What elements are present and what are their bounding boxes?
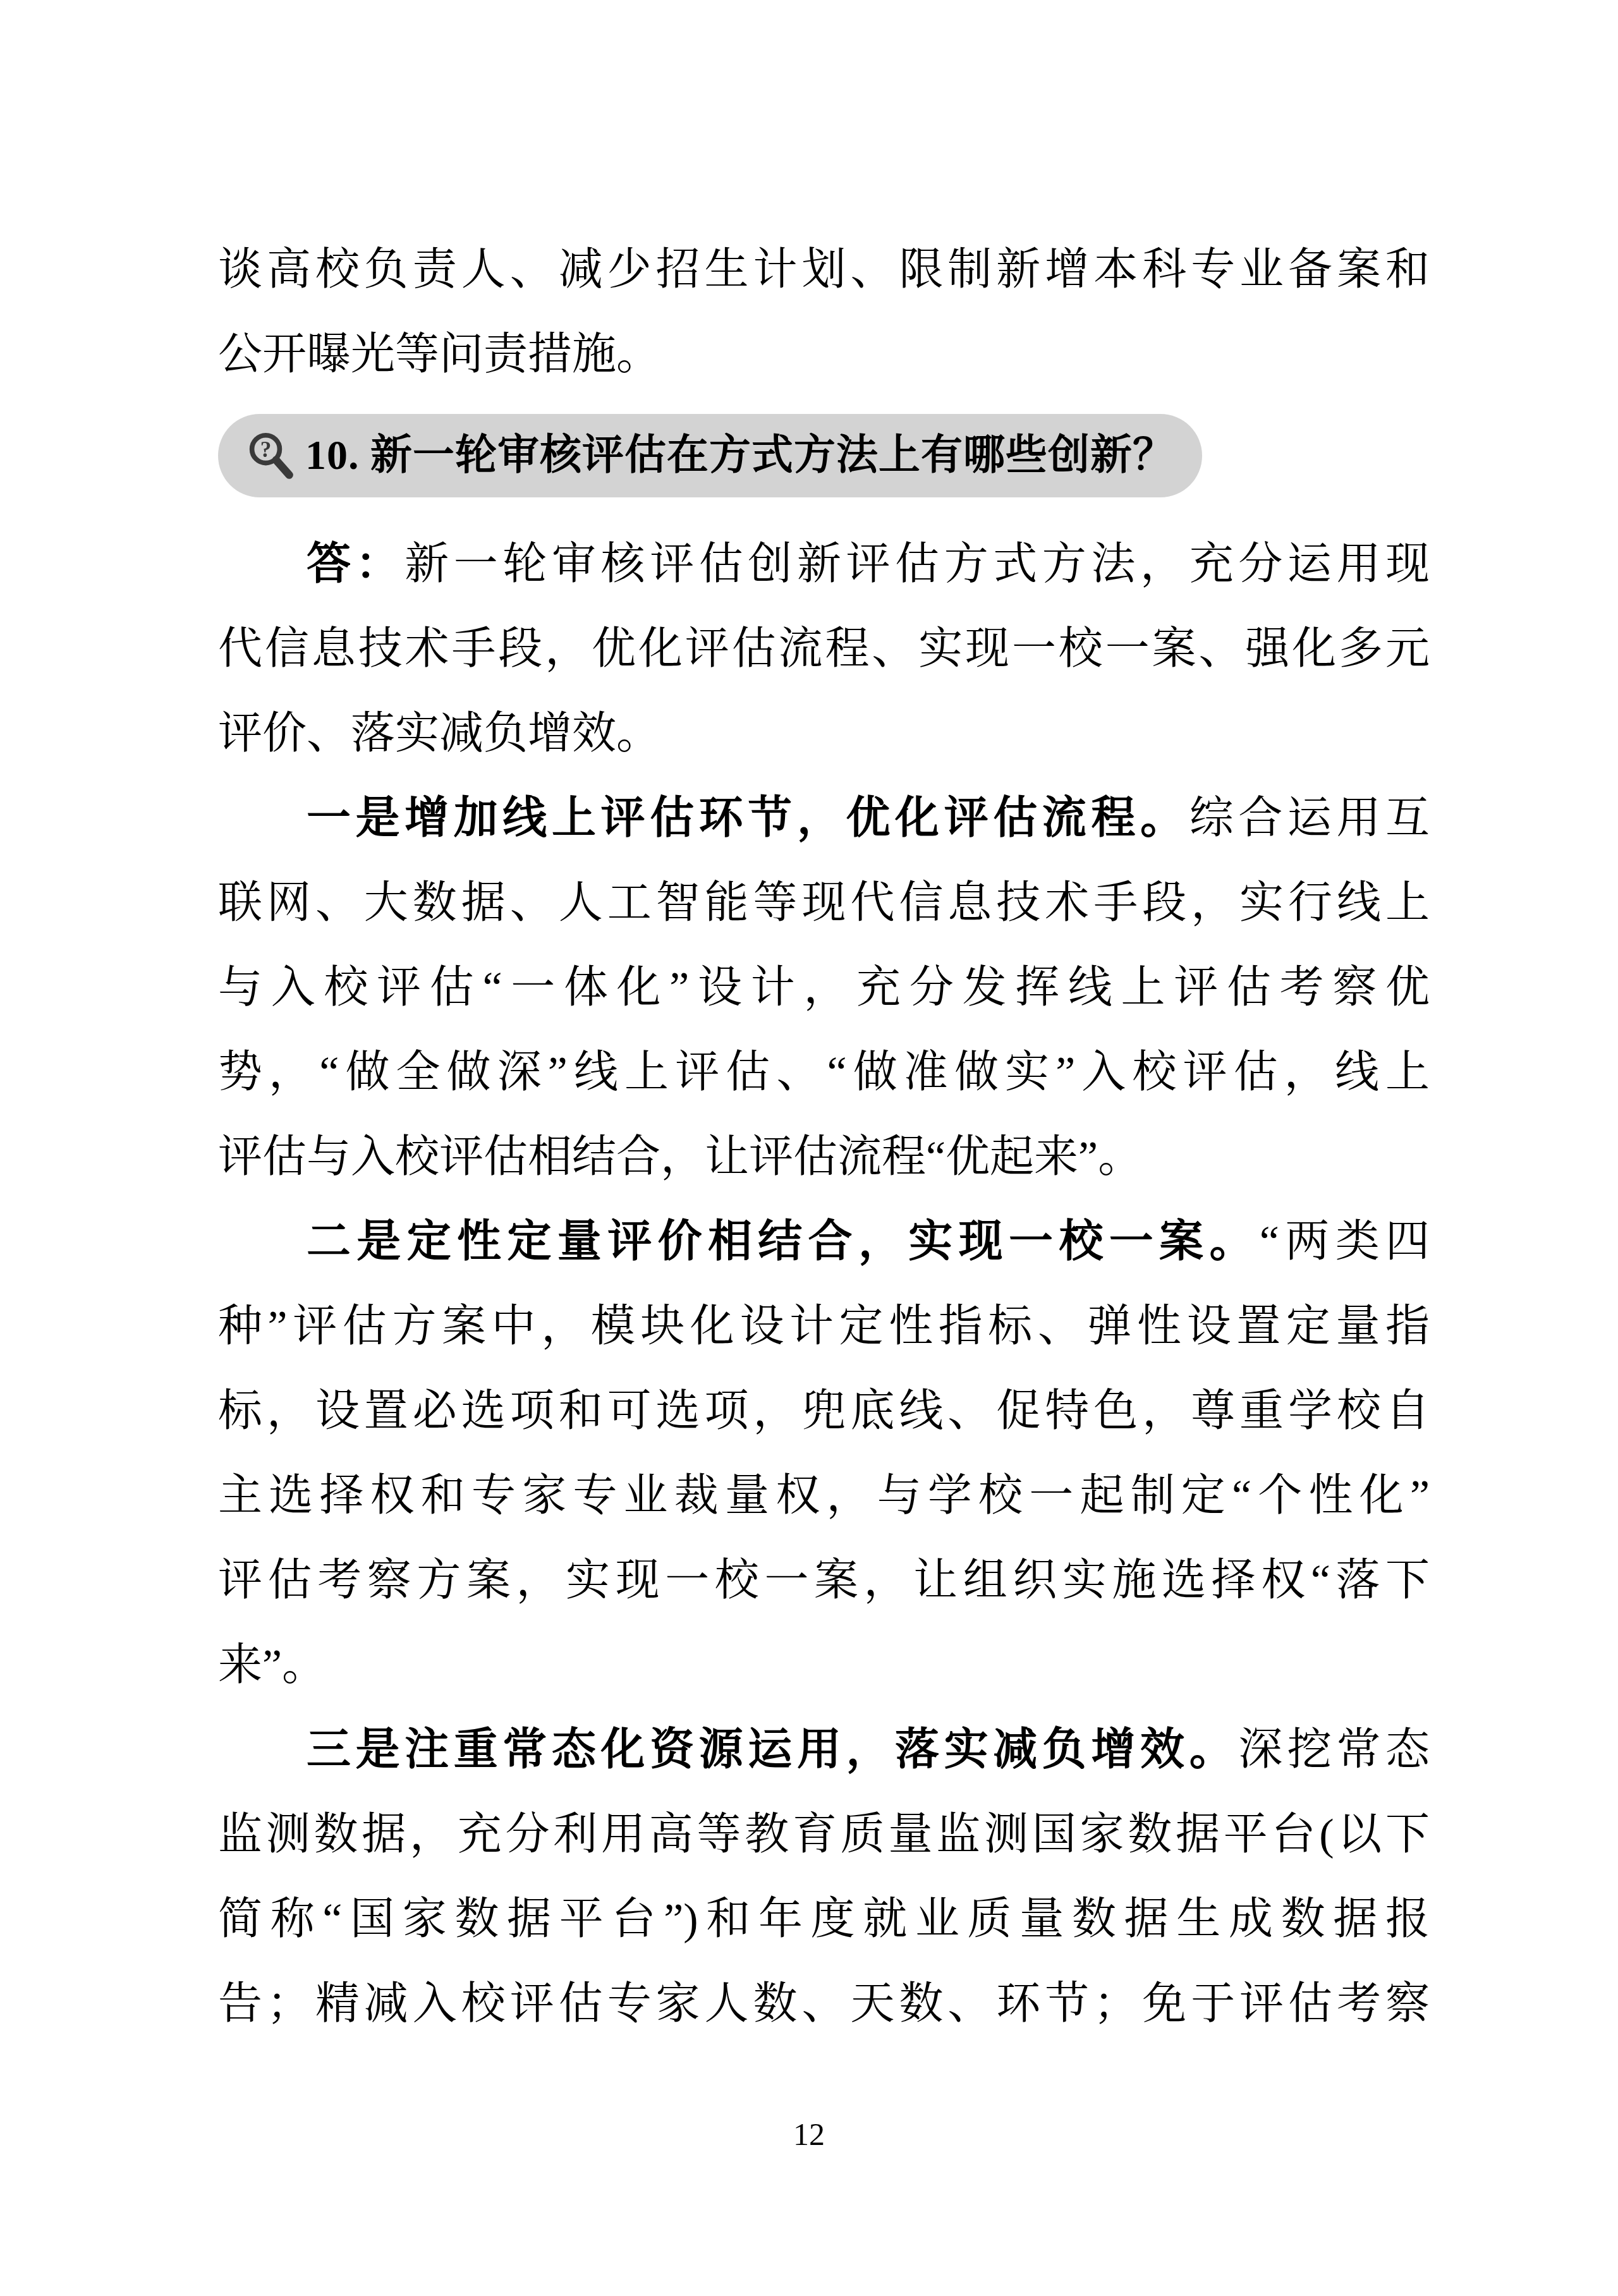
text-run: 新一轮审核评估创新评估方式方法，充分运用现	[404, 540, 1430, 589]
text-run: 势，“做全做深”线上评估、“做准做实”入校评估，线上	[218, 1048, 1430, 1097]
text-line: 监测数据，充分利用高等教育质量监测国家数据平台(以下	[218, 1793, 1430, 1878]
text-line: 主选择权和专家专业裁量权，与学校一起制定“个性化”	[218, 1454, 1430, 1539]
text-run: 与入校评估“一体化”设计，充分发挥线上评估考察优	[218, 964, 1430, 1012]
text-run: 简称“国家数据平台”)和年度就业质量数据生成数据报	[218, 1895, 1430, 1944]
bold-text-run: 三是注重常态化资源运用，落实减负增效。	[307, 1726, 1238, 1775]
text-line: 代信息技术手段，优化评估流程、实现一校一案、强化多元	[218, 607, 1430, 692]
text-run: 主选择权和专家专业裁量权，与学校一起制定“个性化”	[218, 1472, 1430, 1521]
question-heading-text: 10. 新一轮审核评估在方式方法上有哪些创新？	[305, 435, 1175, 477]
text-line: 与入校评估“一体化”设计，充分发挥线上评估考察优	[218, 946, 1430, 1031]
bold-text-run: 一是增加线上评估环节，优化评估流程。	[307, 794, 1189, 843]
text-run: 告；精减入校评估专家人数、天数、环节；免于评估考察	[218, 1980, 1430, 2029]
text-run: 综合运用互	[1189, 794, 1430, 843]
text-run: 来”。	[218, 1641, 326, 1690]
text-line: 联网、大数据、人工智能等现代信息技术手段，实行线上	[218, 861, 1430, 946]
page-number: 12	[0, 2116, 1618, 2153]
text-line: 答：新一轮审核评估创新评估方式方法，充分运用现	[218, 523, 1430, 607]
text-run: 评估与入校评估相结合，让评估流程“优起来”。	[218, 1133, 1142, 1182]
document-page: 谈高校负责人、减少招生计划、限制新增本科专业备案和公开曝光等问责措施。?10. …	[0, 0, 1618, 2296]
text-run: 谈高校负责人、减少招生计划、限制新增本科专业备案和	[218, 246, 1430, 295]
text-run: 标，设置必选项和可选项，兜底线、促特色，尊重学校自	[218, 1387, 1430, 1436]
text-run: 深挖常态	[1238, 1726, 1430, 1775]
text-line: 标，设置必选项和可选项，兜底线、促特色，尊重学校自	[218, 1370, 1430, 1454]
text-line: 势，“做全做深”线上评估、“做准做实”入校评估，线上	[218, 1031, 1430, 1115]
text-line: 来”。	[218, 1624, 1430, 1708]
text-line: 三是注重常态化资源运用，落实减负增效。深挖常态	[218, 1708, 1430, 1793]
text-line: 评估与入校评估相结合，让评估流程“优起来”。	[218, 1115, 1430, 1200]
magnifier-question-icon: ?	[247, 431, 298, 484]
question-heading-box: ?10. 新一轮审核评估在方式方法上有哪些创新？	[218, 414, 1202, 497]
svg-text:?: ?	[260, 437, 272, 462]
text-run: 评估考察方案，实现一校一案，让组织实施选择权“落下	[218, 1557, 1430, 1605]
text-line: 简称“国家数据平台”)和年度就业质量数据生成数据报	[218, 1878, 1430, 1962]
text-run: 评价、落实减负增效。	[218, 710, 660, 758]
text-run: 公开曝光等问责措施。	[218, 331, 660, 379]
text-line: 二是定性定量评价相结合，实现一校一案。“两类四	[218, 1200, 1430, 1285]
text-line: 公开曝光等问责措施。	[218, 313, 1430, 398]
text-run: 代信息技术手段，优化评估流程、实现一校一案、强化多元	[218, 625, 1430, 674]
text-run: 监测数据，充分利用高等教育质量监测国家数据平台(以下	[218, 1811, 1430, 1859]
text-line: 一是增加线上评估环节，优化评估流程。综合运用互	[218, 777, 1430, 861]
text-line: 评估考察方案，实现一校一案，让组织实施选择权“落下	[218, 1539, 1430, 1624]
text-run: 种”评估方案中，模块化设计定性指标、弹性设置定量指	[218, 1303, 1430, 1351]
text-line: 谈高校负责人、减少招生计划、限制新增本科专业备案和	[218, 228, 1430, 313]
text-line: 种”评估方案中，模块化设计定性指标、弹性设置定量指	[218, 1285, 1430, 1370]
bold-text-run: 答：	[307, 540, 404, 589]
text-line: 评价、落实减负增效。	[218, 692, 1430, 777]
document-body: 谈高校负责人、减少招生计划、限制新增本科专业备案和公开曝光等问责措施。?10. …	[218, 228, 1430, 2047]
text-run: 联网、大数据、人工智能等现代信息技术手段，实行线上	[218, 879, 1430, 928]
text-run: “两类四	[1260, 1218, 1430, 1266]
text-line: 告；精减入校评估专家人数、天数、环节；免于评估考察	[218, 1962, 1430, 2047]
bold-text-run: 二是定性定量评价相结合，实现一校一案。	[307, 1218, 1260, 1266]
